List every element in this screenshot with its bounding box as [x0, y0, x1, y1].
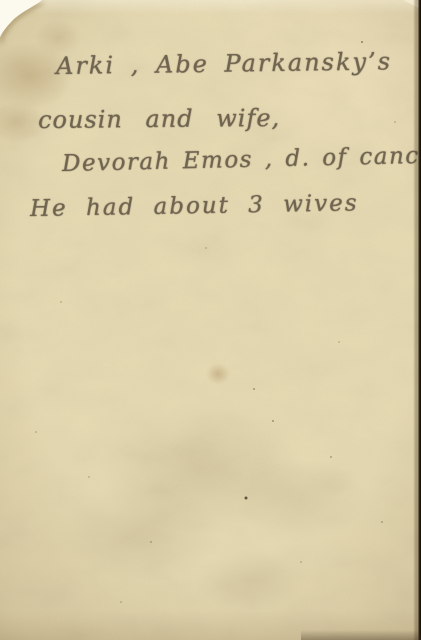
torn-corner — [0, 0, 64, 64]
corner-chip — [403, 0, 421, 9]
handwriting-line-4: He had about 3 wives — [30, 190, 359, 222]
handwriting-line-2: cousin and wife, — [38, 104, 280, 134]
handwriting-line-3: Devorah Emos , d. of cancer — [62, 142, 421, 177]
handwriting-line-1: Arki , Abe Parkansky’s — [56, 47, 392, 80]
bottom-edge-shadow — [301, 630, 421, 640]
foxing-specks — [0, 0, 2, 2]
right-edge-shadow — [413, 0, 421, 640]
paper-texture — [0, 0, 421, 640]
photo-back-scan: Arki , Abe Parkansky’s cousin and wife, … — [0, 0, 421, 640]
